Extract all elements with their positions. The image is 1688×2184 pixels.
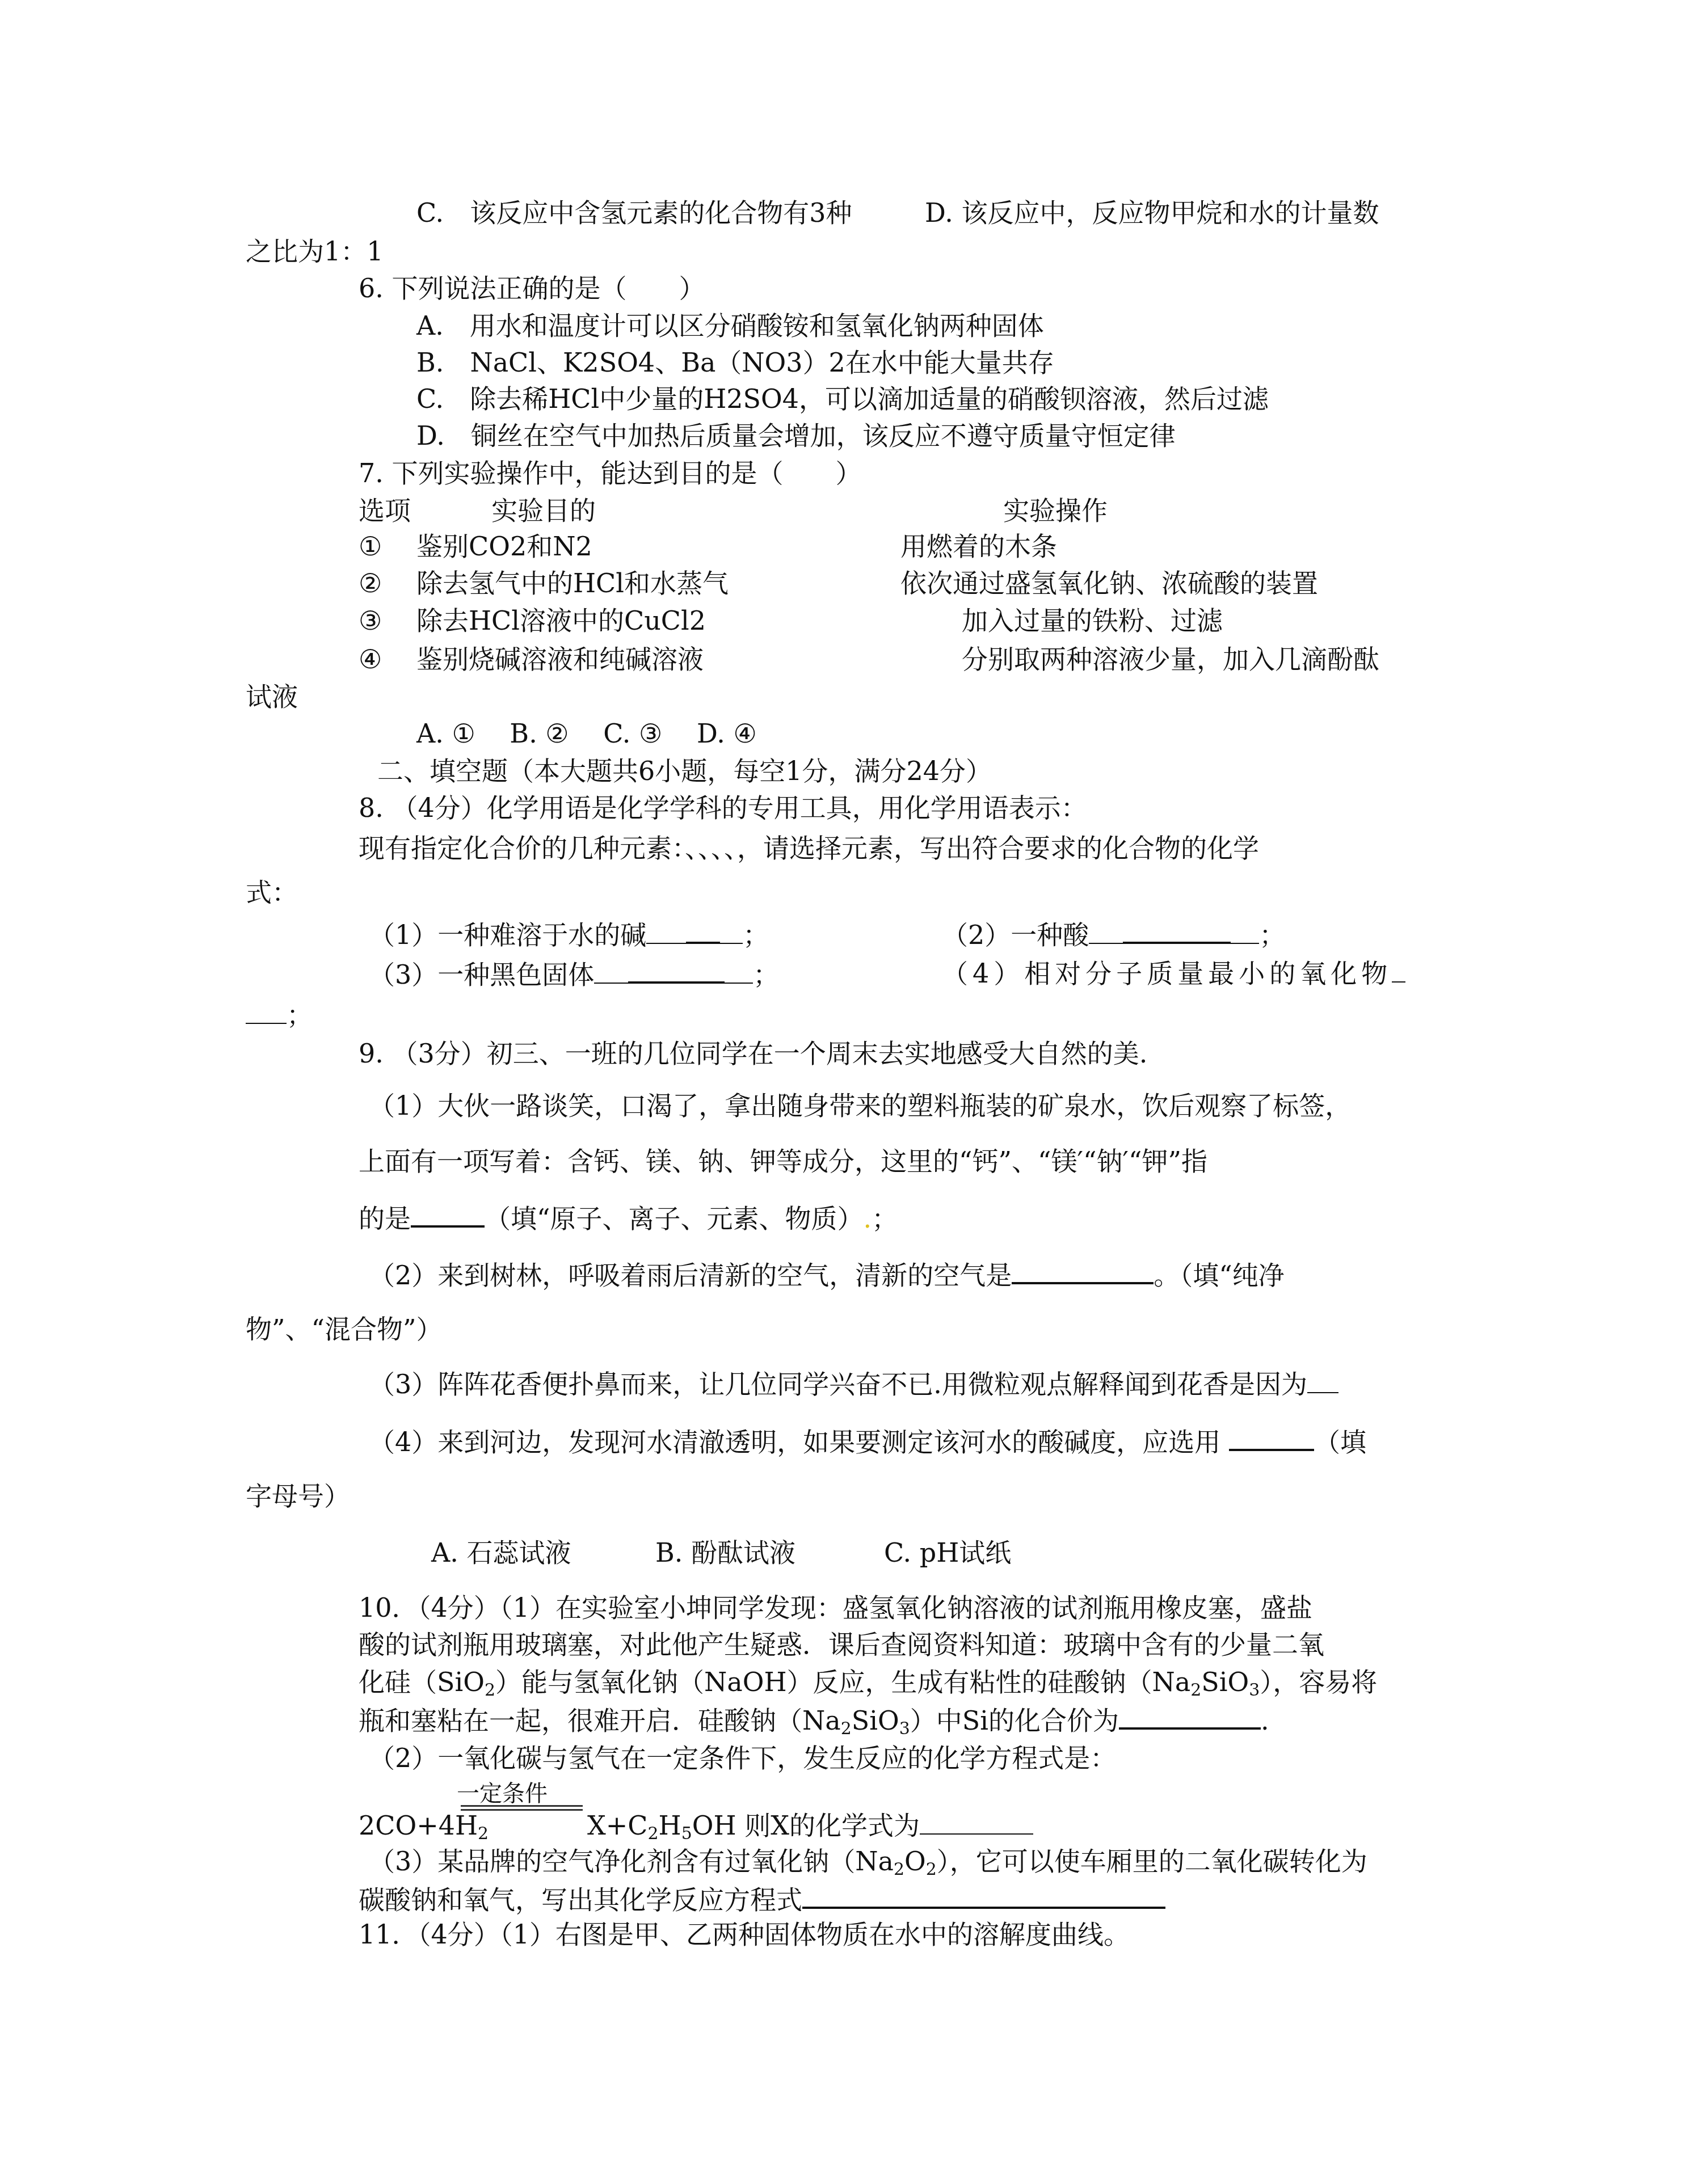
semicolon: ；	[872, 1203, 898, 1234]
q10-line-3: 化硅（SiO2）能与氢氧化钠（NaOH）反应，生成有粘性的硅酸钠（Na2SiO3…	[359, 1665, 1377, 1707]
q9-part-3-text: （3）阵阵花香便扑鼻而来，让几位同学兴奋不已.用微粒观点解释闻到花香是因为	[369, 1369, 1307, 1399]
text: 瓶和塞粘在一起，很难开启．硅酸钠（Na	[359, 1705, 841, 1736]
text: X+C	[587, 1810, 648, 1841]
q10-part-3-line-1: （3）某品牌的空气净化剂含有过氧化钠（Na2O2），它可以使车厢里的二氧化碳转化…	[369, 1844, 1367, 1887]
q8-intro-continued: 式：	[246, 875, 298, 909]
text: H	[659, 1810, 681, 1841]
q8-part-3: （3）一种黑色固体；	[369, 956, 779, 992]
q8-part-3-text: （3）一种黑色固体	[369, 959, 594, 990]
text: ）能与氢氧化钠（NaOH）反应，生成有粘性的硅酸钠（Na	[495, 1667, 1190, 1697]
q10-line-2: 酸的试剂瓶用玻璃塞，对此他产生疑惑．课后查阅资料知道：玻璃中含有的少量二氧	[359, 1628, 1324, 1662]
q5-option-c: C. 该反应中含氢元素的化合物有3种	[416, 196, 852, 230]
subscript: 3	[1249, 1680, 1260, 1700]
q10-part-3-line-2: 碳酸钠和氧气，写出其化学反应方程式	[359, 1882, 1165, 1917]
q6-option-a: A. 用水和温度计可以区分硝酸铵和氢氧化钠两种固体	[416, 309, 1044, 343]
q7-row-3-no: ③	[359, 604, 382, 638]
semicolon: ；	[743, 920, 769, 950]
q7-row-4-no: ④	[359, 642, 382, 676]
q9-part-2-line-1: （2）来到树林，呼吸着雨后清新的空气，清新的空气是。（填“纯净	[369, 1257, 1285, 1292]
reaction-condition-label: 一定条件	[457, 1776, 548, 1808]
q8-part-4-blank-cont[interactable]	[246, 998, 287, 1024]
q6-stem: 6. 下列说法正确的是（ ）	[359, 271, 705, 305]
q11-stem: 11．（4分）（1）右图是甲、乙两种固体物质在水中的溶解度曲线。	[359, 1917, 1130, 1951]
q8-stem: 8. （4分）化学用语是化学学科的专用工具，用化学用语表示：	[359, 791, 1087, 825]
q8-part-3-blank[interactable]	[628, 956, 725, 984]
q8-part-1-blank-b[interactable]	[686, 917, 720, 944]
q10-part-2-blank[interactable]	[920, 1808, 1033, 1835]
q7-header-purpose: 实验目的	[491, 494, 596, 528]
q9-stem: 9. （3分）初三、一班的几位同学在一个周末去实地感受大自然的美.	[359, 1036, 1147, 1070]
q7-choices: A. ① B. ② C. ③ D. ④	[416, 716, 757, 751]
stray-mark: .	[864, 1203, 872, 1234]
q9-part-2-hint: 。（填“纯净	[1154, 1260, 1285, 1291]
text: ）中Si的化合价为	[910, 1705, 1119, 1736]
subscript: 2	[926, 1860, 937, 1879]
q8-part-2-blank[interactable]	[1123, 917, 1231, 944]
q8-part-4-continued: ；	[246, 998, 313, 1032]
q8-part-1: （1）一种难溶于水的碱；	[369, 917, 769, 952]
q9-part-1-hint: （填“原子、离子、元素、物质）	[485, 1203, 864, 1234]
subscript: 2	[485, 1680, 495, 1700]
q7-row-4-continued: 试液	[246, 680, 298, 714]
q8-part-2: （2）一种酸；	[942, 917, 1285, 952]
q9-choice-b: B. 酚酞试液	[655, 1536, 795, 1570]
q6-option-c: C. 除去稀HCl中少量的H2SO4，可以滴加适量的硝酸钡溶液，然后过滤	[416, 382, 1269, 416]
q8-part-4-blank[interactable]	[1392, 956, 1405, 983]
subscript: 2	[841, 1719, 852, 1739]
q8-part-4: （4）相对分子质量最小的氧化物	[942, 956, 1405, 990]
q10-line-1: 10．（4分）（1）在实验室小坤同学发现：盛氢氧化钠溶液的试剂瓶用橡皮塞，盛盐	[359, 1591, 1312, 1625]
q10-part-3-blank[interactable]	[802, 1882, 1165, 1909]
q9-part-3-blank[interactable]	[1307, 1367, 1338, 1393]
q7-row-3-purpose: 除去HCl溶液中的CuCl2	[416, 604, 706, 638]
q9-choice-a: A. 石蕊试液	[431, 1536, 571, 1570]
subscript: 3	[899, 1719, 910, 1739]
q8-part-4-text: （4）相对分子质量最小的氧化物	[942, 958, 1392, 989]
q7-row-2-purpose: 除去氢气中的HCl和水蒸气	[416, 566, 729, 600]
q9-part-1-line-1: （1）大伙一路谈笑，口渴了，拿出随身带来的塑料瓶装的矿泉水，饮后观察了标签，	[369, 1089, 1351, 1123]
text: ），容易将	[1260, 1667, 1377, 1697]
q9-part-3: （3）阵阵花香便扑鼻而来，让几位同学兴奋不已.用微粒观点解释闻到花香是因为	[369, 1367, 1338, 1401]
q8-part-1-blank[interactable]	[646, 918, 686, 944]
q9-part-1-line-3: 的是（填“原子、离子、元素、物质）.；	[359, 1200, 898, 1236]
text: （3）某品牌的空气净化剂含有过氧化钠（Na	[369, 1846, 894, 1877]
subscript: 5	[681, 1824, 692, 1844]
q9-part-2-blank[interactable]	[1012, 1257, 1154, 1284]
q9-choice-c: C. pH试纸	[884, 1536, 1011, 1570]
q7-row-1-operation: 用燃着的木条	[900, 529, 1057, 563]
q9-part-1-prefix: 的是	[359, 1203, 411, 1234]
q8-intro: 现有指定化合价的几种元素：、、、、，请选择元素，写出符合要求的化合物的化学	[359, 831, 1259, 865]
text: SiO	[1201, 1667, 1249, 1697]
q7-row-2-operation: 依次通过盛氢氧化钠、浓硫酸的装置	[900, 566, 1318, 600]
q7-row-3-operation: 加入过量的铁粉、过滤	[962, 604, 1223, 638]
text: 2CO+4H	[359, 1810, 478, 1841]
text: .	[1261, 1705, 1269, 1736]
q9-part-1-line-2: 上面有一项写着：含钙、镁、钠、钾等成分，这里的“钙”、“镁′“钠′“钾”指	[359, 1144, 1207, 1178]
q9-part-4-line-2: 字母号）	[246, 1479, 350, 1513]
text: O	[904, 1846, 926, 1877]
q9-part-2-line-2: 物”、“混合物”）	[246, 1312, 443, 1346]
text: ），它可以使车厢里的二氧化碳转化为	[937, 1846, 1367, 1877]
text: SiO	[852, 1705, 899, 1736]
text: 化硅（SiO	[359, 1667, 485, 1697]
q7-row-4-purpose: 鉴别烧碱溶液和纯碱溶液	[416, 642, 704, 676]
q10-part-2: （2）一氧化碳与氢气在一定条件下，发生反应的化学方程式是：	[369, 1741, 1116, 1775]
q9-part-2-text: （2）来到树林，呼吸着雨后清新的空气，清新的空气是	[369, 1260, 1012, 1291]
q7-row-4-operation: 分别取两种溶液少量，加入几滴酚酞	[962, 642, 1379, 676]
q7-header-option: 选项	[359, 494, 411, 528]
text: 碳酸钠和氧气，写出其化学反应方程式	[359, 1884, 802, 1915]
q7-stem: 7. 下列实验操作中，能达到目的是（ ）	[359, 456, 862, 490]
semicolon: ；	[1259, 920, 1285, 950]
section-2-title: 二、填空题（本大题共6小题，每空1分，满分24分）	[377, 754, 992, 788]
subscript: 2	[894, 1860, 904, 1879]
q7-row-1-no: ①	[359, 529, 382, 563]
q10-part-1-blank[interactable]	[1119, 1702, 1261, 1730]
q9-part-1-blank[interactable]	[411, 1200, 485, 1228]
q10-line-4: 瓶和塞粘在一起，很难开启．硅酸钠（Na2SiO3）中Si的化合价为.	[359, 1702, 1269, 1746]
q6-option-b: B. NaCl、K2SO4、Ba（NO3）2在水中能大量共存	[416, 345, 1054, 380]
q5-option-d: D. 该反应中，反应物甲烷和水的计量数	[925, 196, 1379, 230]
q9-part-4-text: （4）来到河边，发现河水清澈透明，如果要测定该河水的酸碱度，应选用	[369, 1427, 1220, 1457]
q9-part-4-blank[interactable]	[1229, 1424, 1314, 1451]
semicolon: ；	[287, 1000, 313, 1030]
q8-part-1-text: （1）一种难溶于水的碱	[369, 920, 646, 950]
text: OH 则X的化学式为	[692, 1810, 920, 1841]
semicolon: ；	[753, 959, 779, 990]
q5-option-d-continued: 之比为1：1	[246, 234, 384, 268]
subscript: 2	[648, 1824, 659, 1844]
q9-part-4-hint: （填	[1314, 1427, 1366, 1457]
q7-header-operation: 实验操作	[1003, 494, 1108, 528]
subscript: 2	[478, 1824, 489, 1844]
q7-row-2-no: ②	[359, 566, 382, 600]
q7-row-1-purpose: 鉴别CO2和N2	[416, 529, 592, 563]
q8-part-2-text: （2）一种酸	[942, 920, 1089, 950]
q6-option-d: D. 铜丝在空气中加热后质量会增加，该反应不遵守质量守恒定律	[416, 419, 1176, 453]
q9-part-4-line-1: （4）来到河边，发现河水清澈透明，如果要测定该河水的酸碱度，应选用 （填	[369, 1424, 1366, 1459]
subscript: 2	[1190, 1680, 1201, 1700]
